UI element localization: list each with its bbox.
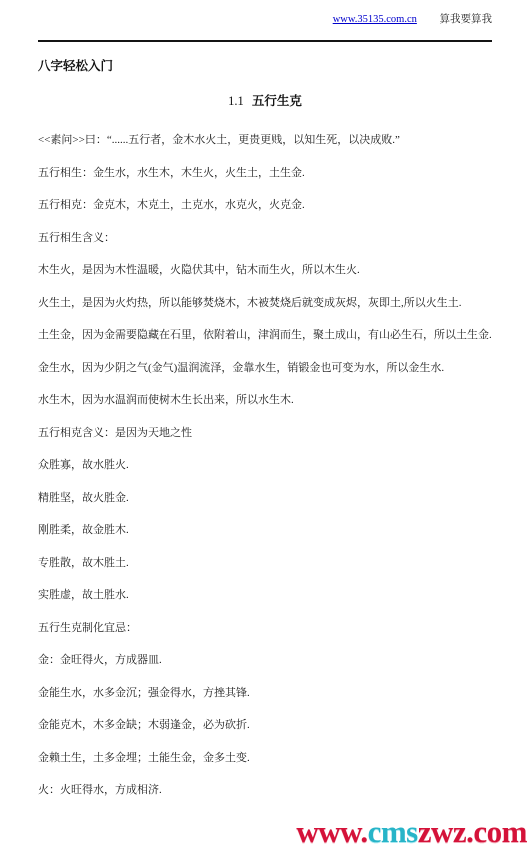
body-paragraph: 实胜虚，故土胜水. [38,585,492,605]
section-number: 1.1 [228,94,244,108]
document-content: 八字轻松入门 1.1 五行生克 <<素问>>曰：“......五行者，金木水火土… [38,56,492,813]
body-paragraph: 金生水，因为少阴之气(金气)温润流泽，金靠水生，销锻金也可变为水，所以金生水. [38,358,492,378]
body-paragraph: 五行相克：金克木，木克土，土克水，水克火，火克金. [38,195,492,215]
body-paragraph: 精胜坚，故火胜金. [38,488,492,508]
body-paragraph: 五行相生：金生水，水生木，木生火，火生土，土生金. [38,163,492,183]
body-paragraph: 金：金旺得火，方成器皿. [38,650,492,670]
body-paragraph: 土生金，因为金需要隐藏在石里，依附着山，津润而生，聚土成山，有山必生石，所以土生… [38,325,492,345]
header-site-name: 算我要算我 [440,14,493,25]
body-paragraph: 专胜散，故木胜土. [38,553,492,573]
body-paragraph: 火：火旺得水，方成相济. [38,780,492,800]
section-title: 五行生克 [252,94,302,108]
page-header: www.35135.com.cn 算我要算我 [38,13,492,27]
header-divider [38,40,492,42]
watermark-part-highlight: cms [368,814,418,847]
body-paragraph: 金赖土生，土多金埋；土能生金，金多土变. [38,748,492,768]
watermark-part-prefix: www. [296,814,367,847]
header-site-link[interactable]: www.35135.com.cn [333,14,417,25]
body-paragraph: 金能克木，木多金缺；木弱逢金，必为砍折. [38,715,492,735]
document-page: www.35135.com.cn 算我要算我 八字轻松入门 1.1 五行生克 <… [0,0,528,847]
body-paragraph: 五行相生含义： [38,228,492,248]
body-paragraph: 五行相克含义：是因为天地之性 [38,423,492,443]
watermark-part-suffix: zwz.com [418,814,527,847]
watermark-site-text: www.cmszwz.com [296,814,527,847]
body-paragraph: 众胜寡，故水胜火. [38,455,492,475]
body-paragraph: 木生火，是因为木性温暖，火隐伏其中，钻木而生火，所以木生火. [38,260,492,280]
body-paragraph: <<素问>>曰：“......五行者，金木水火土，更贵更贱，以知生死，以决成败.… [38,130,492,150]
body-paragraph: 水生木，因为水温润而使树木生长出来，所以水生木. [38,390,492,410]
body-paragraph: 刚胜柔，故金胜木. [38,520,492,540]
section-heading: 1.1 五行生克 [38,91,492,109]
body-paragraph: 金能生水，水多金沉；强金得水，方挫其锋. [38,683,492,703]
doc-title: 八字轻松入门 [38,56,492,74]
body-paragraph: 火生土，是因为火灼热，所以能够焚烧木，木被焚烧后就变成灰烬，灰即土,所以火生土. [38,293,492,313]
body-paragraph: 五行生克制化宜忌： [38,618,492,638]
